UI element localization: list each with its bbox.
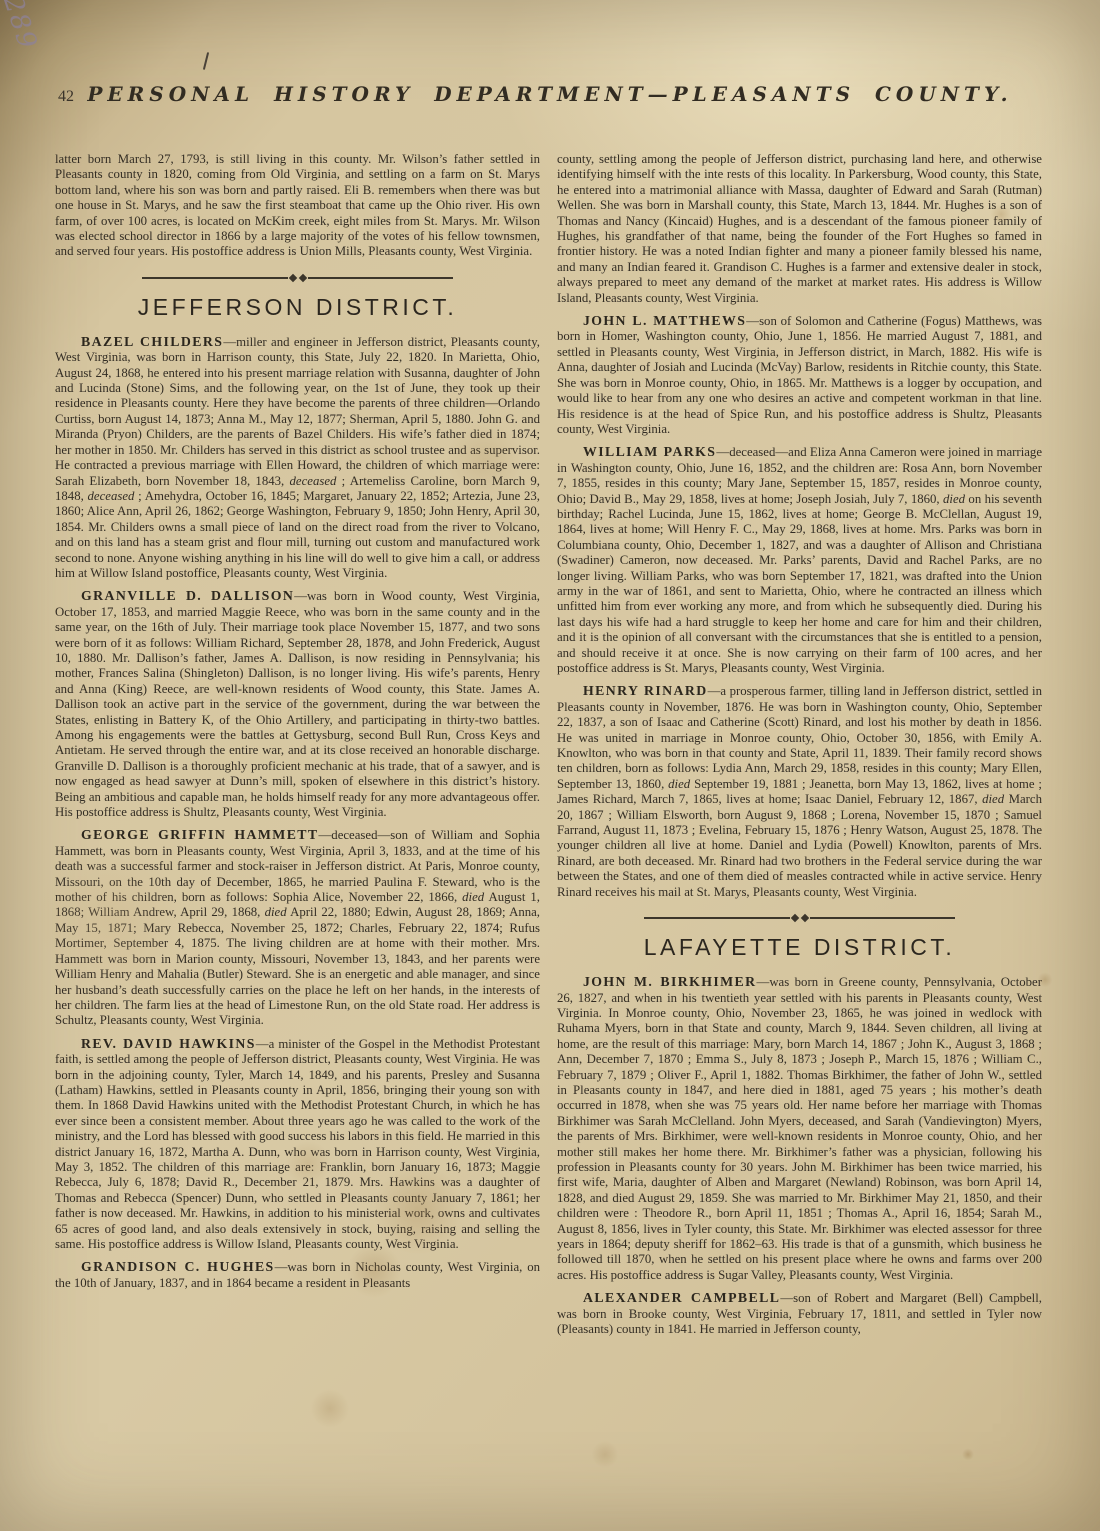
entry-name: GRANVILLE D. DALLISON (81, 588, 294, 603)
entry-name: BAZEL CHILDERS (81, 334, 223, 349)
page-header: 42 PERSONAL HISTORY DEPARTMENT—PLEASANTS… (0, 82, 1100, 128)
page-number: 42 (58, 88, 74, 106)
entry-granville-dallison: GRANVILLE D. DALLISON—was born in Wood c… (55, 588, 540, 820)
entry-john-matthews: JOHN L. MATTHEWS—son of Solomon and Cath… (557, 313, 1042, 437)
divider-rule-left (142, 277, 287, 278)
entry-name: HENRY RINARD (583, 683, 708, 698)
entry-name: GEORGE GRIFFIN HAMMETT (81, 827, 319, 842)
divider-rule-left (644, 917, 789, 918)
entry-name: JOHN L. MATTHEWS (583, 313, 746, 328)
district-heading-jefferson: JEFFERSON DISTRICT. (55, 294, 540, 321)
entry-body: —was born in Wood county, West Virginia,… (55, 589, 540, 819)
paragraph-wilson-continuation: latter born March 27, 1793, is still liv… (55, 152, 540, 260)
section-divider-ornament (142, 275, 452, 281)
entry-alexander-campbell: ALEXANDER CAMPBELL—son of Robert and Mar… (557, 1290, 1042, 1337)
entry-george-hammett: GEORGE GRIFFIN HAMMETT—deceased—son of W… (55, 827, 540, 1028)
page-title: PERSONAL HISTORY DEPARTMENT—PLEASANTS CO… (0, 82, 1100, 106)
divider-rule-right (308, 277, 453, 278)
pen-stroke-mark (203, 52, 209, 70)
entry-bazel-childers: BAZEL CHILDERS—miller and engineer in Je… (55, 334, 540, 582)
entry-body: —a prosperous farmer, tilling land in Je… (557, 684, 1042, 898)
entry-henry-rinard: HENRY RINARD—a prosperous farmer, tillin… (557, 683, 1042, 900)
entry-body: —was born in Greene county, Pennsylvania… (557, 975, 1042, 1282)
right-column: county, settling among the people of Jef… (557, 152, 1042, 1344)
entry-john-birkhimer: JOHN M. BIRKHIMER—was born in Greene cou… (557, 974, 1042, 1283)
entry-name: GRANDISON C. HUGHES (81, 1259, 275, 1274)
entry-william-parks: WILLIAM PARKS—deceased—and Eliza Anna Ca… (557, 444, 1042, 676)
left-column: latter born March 27, 1793, is still liv… (55, 152, 540, 1344)
entry-name: ALEXANDER CAMPBELL (583, 1290, 780, 1305)
entry-body: —deceased—son of William and Sophia Hamm… (55, 828, 540, 1027)
entry-body: —miller and engineer in Jefferson distri… (55, 335, 540, 580)
entry-name: WILLIAM PARKS (583, 444, 716, 459)
entry-david-hawkins: REV. DAVID HAWKINS—a minister of the Gos… (55, 1036, 540, 1253)
district-heading-lafayette: LAFAYETTE DISTRICT. (557, 934, 1042, 961)
section-divider-ornament (644, 915, 954, 921)
diamond-ornament-icon (288, 274, 296, 282)
diamond-ornament-icon (800, 914, 808, 922)
diamond-ornament-icon (298, 274, 306, 282)
book-page: 289 42 PERSONAL HISTORY DEPARTMENT—PLEAS… (0, 0, 1100, 1531)
handwritten-mark: 289 (0, 0, 43, 54)
paragraph-hughes-continuation: county, settling among the people of Jef… (557, 152, 1042, 306)
entry-body: —son of Solomon and Catherine (Fogus) Ma… (557, 314, 1042, 436)
entry-name: REV. DAVID HAWKINS (81, 1036, 256, 1051)
diamond-ornament-icon (790, 914, 798, 922)
entry-name: JOHN M. BIRKHIMER (583, 974, 757, 989)
entry-grandison-hughes: GRANDISON C. HUGHES—was born in Nicholas… (55, 1259, 540, 1291)
divider-rule-right (810, 917, 955, 918)
text-columns: latter born March 27, 1793, is still liv… (55, 152, 1042, 1344)
entry-body: —deceased—and Eliza Anna Cameron were jo… (557, 445, 1042, 675)
entry-body: —a minister of the Gospel in the Methodi… (55, 1037, 540, 1251)
